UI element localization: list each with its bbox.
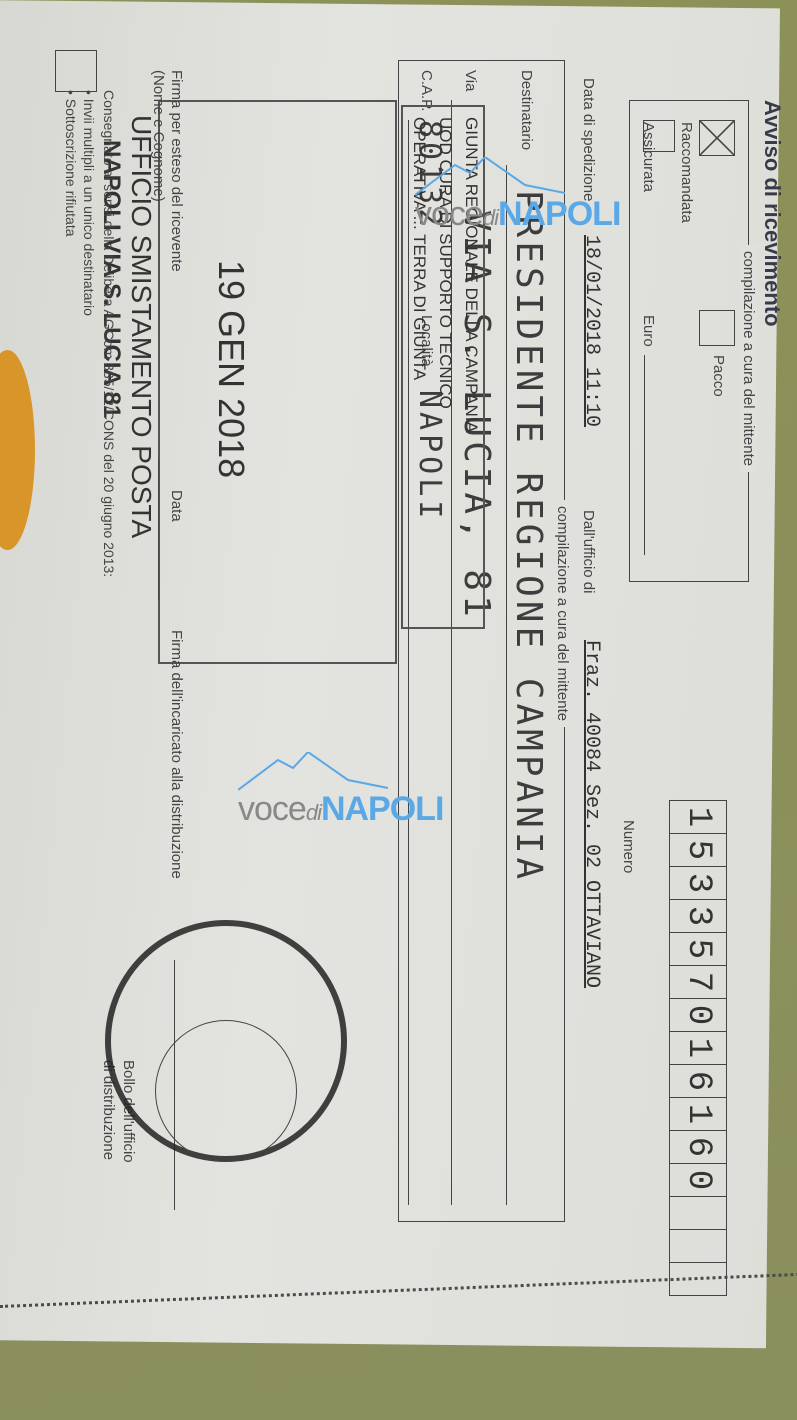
data-label: Data <box>168 490 185 522</box>
pacco-checkbox[interactable] <box>699 310 735 346</box>
digit-cell: 1 <box>670 1032 726 1065</box>
digit-cell <box>670 1230 726 1263</box>
digit-cell: 5 <box>670 834 726 867</box>
bottom-checkbox[interactable] <box>55 50 97 92</box>
mountain-logo-icon <box>415 157 565 197</box>
pacco-label: Pacco <box>710 355 727 397</box>
bullet-refused: • Sottoscrizione rifiutata <box>63 90 79 237</box>
receiver-stamp-line-1: UFFICIO SMISTAMENTO POSTA <box>125 115 157 538</box>
ufficio-label: Dall'ufficio di <box>580 510 597 593</box>
mountain-logo-icon <box>238 752 388 792</box>
watermark-di: di <box>306 800 321 825</box>
watermark-di: di <box>483 205 498 230</box>
numero-label: Numero <box>620 820 637 873</box>
recipient-section-label: compilazione a cura del mittente <box>554 500 571 727</box>
digit-cell: 5 <box>670 933 726 966</box>
raccomandata-label: Raccomandata <box>678 122 695 223</box>
watermark-voce-di-napoli: vocediNAPOLI <box>415 195 620 234</box>
digit-cell: 1 <box>670 801 726 834</box>
firma-ricevente-label: Firma per esteso del ricevente <box>168 70 185 272</box>
postmark-inner-circle <box>155 1020 297 1162</box>
sender-section-label: compilazione a cura del mittente <box>740 245 757 472</box>
numero-cells: 1 5 3 3 5 7 0 1 6 1 6 0 <box>669 800 727 1296</box>
digit-cell: 6 <box>670 1131 726 1164</box>
digit-cell: 3 <box>670 900 726 933</box>
watermark-voce: voce <box>238 790 306 828</box>
digit-cell <box>670 1197 726 1230</box>
data-spedizione-label: Data di spedizione <box>580 78 597 201</box>
digit-cell: 0 <box>670 999 726 1032</box>
digit-cell: 3 <box>670 867 726 900</box>
digit-cell: 0 <box>670 1164 726 1197</box>
bullet-multiple: • Invii multipli a un unico destinatario <box>81 90 97 316</box>
digit-cell <box>670 1263 726 1295</box>
destinatario-field[interactable] <box>506 165 507 1205</box>
watermark-napoli: NAPOLI <box>321 790 443 828</box>
assicurata-label: Assicurata <box>640 122 657 192</box>
checked-x-icon <box>700 121 734 155</box>
ufficio-value: Fraz. 40084 Sez. 02 OTTAVIANO <box>580 640 603 988</box>
data-field[interactable] <box>158 460 159 600</box>
watermark-voce: voce <box>415 195 483 233</box>
raccomandata-checkbox[interactable] <box>699 120 735 156</box>
digit-cell: 1 <box>670 1098 726 1131</box>
data-spedizione-value: 18/01/2018 11:10 <box>580 235 603 427</box>
received-date-stamp: 19 GEN 2018 <box>210 260 252 478</box>
consegna-note: Consegnato ai sensi della Delibera AGCom… <box>101 90 117 577</box>
euro-field[interactable] <box>644 355 645 555</box>
form-title: Avviso di ricevimento <box>759 100 785 327</box>
destinatario-value: PRESIDENTE REGIONE CAMPANIA <box>508 190 549 883</box>
watermark-napoli: NAPOLI <box>498 195 620 233</box>
receipt-form: Avviso di ricevimento compilazione a cur… <box>17 60 797 1260</box>
destinatario-label: Destinatario <box>518 70 535 150</box>
euro-label: Euro <box>640 315 657 347</box>
via-label: Via <box>462 70 479 91</box>
digit-cell: 7 <box>670 966 726 999</box>
firma-incaricato-label: Firma dell'incaricato alla distribuzione <box>168 630 185 879</box>
received-stamp-box <box>158 100 397 664</box>
digit-cell: 6 <box>670 1065 726 1098</box>
watermark-voce-di-napoli-2: vocediNAPOLI <box>238 790 443 829</box>
